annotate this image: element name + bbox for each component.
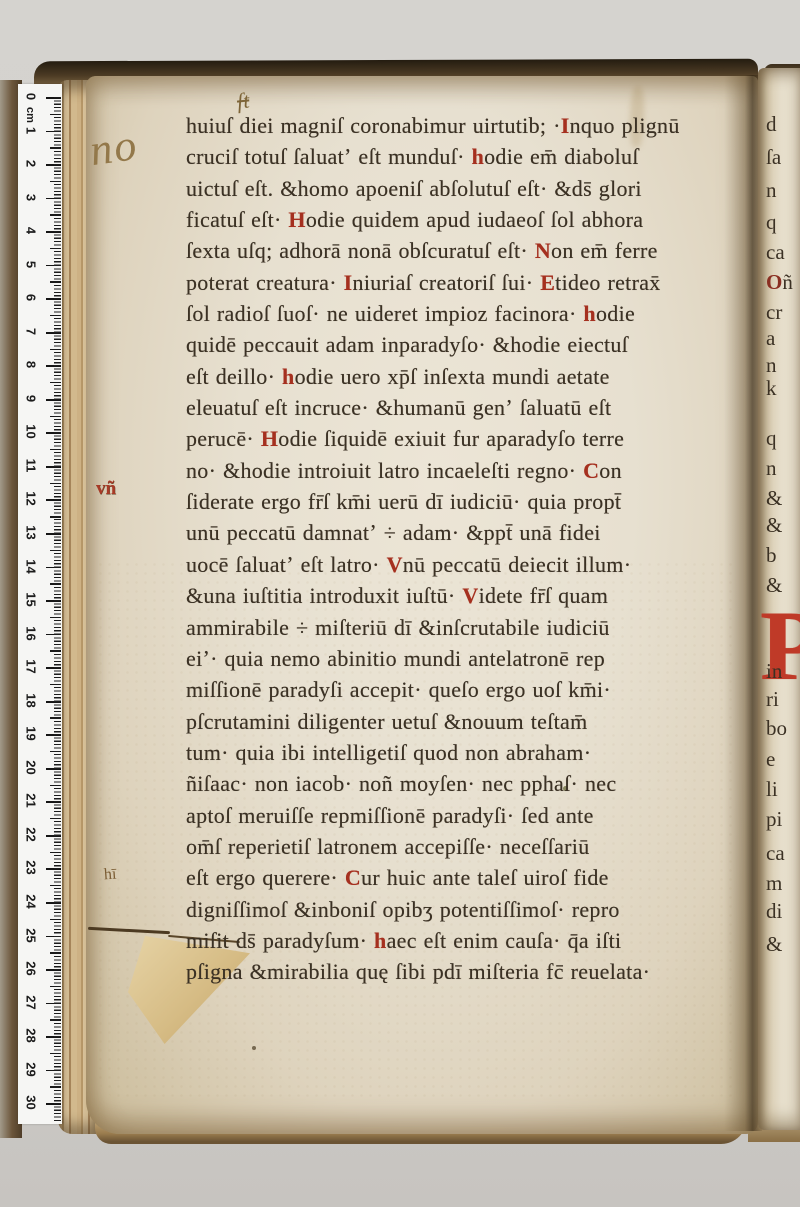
rubricated-initial: I — [561, 113, 570, 138]
facing-page-text-fragment: n — [766, 353, 777, 378]
manuscript-line: unū peccatū damnatʼ ÷ adam· &ppt̄ unā fi… — [186, 517, 748, 548]
ruler-half-tick — [50, 315, 61, 316]
facing-page-text-fragment: pi — [766, 807, 782, 832]
rubricated-initial: H — [261, 426, 278, 451]
rubricated-initial: C — [583, 458, 599, 483]
facing-page-text-fragment: d — [766, 112, 777, 137]
rubricated-initial: O — [766, 270, 782, 294]
ruler-half-tick — [50, 248, 61, 249]
manuscript-line: miſit ds̄ paradyſum· haec eſt enim cauſa… — [186, 925, 748, 956]
ruler-number: 14 — [24, 555, 39, 577]
ruler-half-tick — [50, 818, 61, 819]
ruler-number: 24 — [24, 890, 39, 912]
manuscript-line: eſt ergo querere· Cur huic ante taleſ ui… — [186, 862, 748, 893]
marginal-note-crossed-out: ſt — [236, 87, 251, 114]
ruler-half-tick — [50, 516, 61, 517]
ruler-number: 16 — [24, 622, 39, 644]
ruler-half-tick — [50, 852, 61, 853]
rubricated-initial: H — [288, 207, 305, 232]
facing-page-text-fragment: in — [766, 659, 782, 684]
ruler-number: 9 — [24, 387, 39, 409]
rubricated-initial: h — [583, 301, 596, 326]
manuscript-line: ficatuſ eſt· Hodie quidem apud iudaeoſ ſ… — [186, 204, 748, 235]
ruler-number: 5 — [24, 253, 39, 275]
ruler-half-tick — [50, 885, 61, 886]
ruler-number: 26 — [24, 958, 39, 980]
ruler-half-tick — [50, 147, 61, 148]
ruler-unit-label: cm — [24, 107, 36, 123]
marginal-note-brown: hī — [103, 866, 117, 885]
ruler-number: 29 — [24, 1058, 39, 1080]
manuscript-line: perucē· Hodie ſiquidē exiuit fur aparady… — [186, 423, 748, 454]
facing-page-text-fragment: n — [766, 178, 777, 203]
ruler-number: 13 — [24, 522, 39, 544]
ruler-half-tick — [50, 617, 61, 618]
ruler-half-tick — [50, 1053, 61, 1054]
facing-page-sliver: dſanqcaOñcrankqn&&b&Pinriboelipicamdi& — [758, 68, 800, 1130]
manuscript-line: ammirabile ÷ miſteriū dī &inſcrutabile i… — [186, 612, 748, 643]
manuscript-line: uocē ſaluatʼ eſt latro· Vnū peccatū deie… — [186, 549, 748, 580]
ruler-number: 7 — [24, 320, 39, 342]
manuscript-line: digniſſimoſ &inboniſ opibʒ potentiſſimoſ… — [186, 894, 748, 925]
ruler-half-tick — [50, 785, 61, 786]
ruler-number: 27 — [24, 991, 39, 1013]
ruler-half-tick — [50, 483, 61, 484]
ruler-half-tick — [50, 449, 61, 450]
ruler-number: 2 — [24, 153, 39, 175]
ruler-number: 8 — [24, 354, 39, 376]
facing-page-text-fragment: q — [766, 210, 777, 235]
ruler-number: 3 — [24, 186, 39, 208]
ruler-number: 6 — [24, 287, 39, 309]
marginal-note-top: no — [87, 119, 142, 176]
ruler-number: 19 — [24, 723, 39, 745]
manuscript-line: huiuſ diei magniſ coronabimur uirtutib; … — [186, 110, 748, 141]
manuscript-line: tum· quia ibi intelligetiſ quod non abra… — [186, 737, 748, 768]
ruler-number: 20 — [24, 756, 39, 778]
manuscript-line: poterat creatura· Iniuriaſ creatoriſ ſui… — [186, 267, 748, 298]
ruler-number: 25 — [24, 924, 39, 946]
ruler-number: 28 — [24, 1025, 39, 1047]
rubricated-initial: I — [344, 270, 353, 295]
manuscript-line: miſſionē paradyſi accepit· queſo ergo uo… — [186, 674, 748, 705]
ruler-half-tick — [50, 349, 61, 350]
facing-page-text-fragment: ca — [766, 240, 785, 265]
facing-page-text-fragment: n — [766, 456, 777, 481]
ruler-half-tick — [50, 650, 61, 651]
rubricated-initial: h — [472, 144, 485, 169]
manuscript-line: eleuatuſ eſt incruce· &humanū genʼ ſalua… — [186, 392, 748, 423]
parchment-speck — [252, 1046, 256, 1050]
ruler-half-tick — [50, 986, 61, 987]
ruler-number: 15 — [24, 589, 39, 611]
facing-page-text-fragment: di — [766, 899, 782, 924]
ruler-half-tick — [50, 583, 61, 584]
manuscript-line: cruciſ totuſ ſaluatʼ eſt munduſ· hodie e… — [186, 141, 748, 172]
manuscript-line: ſiderate ergo fr̄ſ km̄i uerū dī iudiciū·… — [186, 486, 748, 517]
manuscript-line: om̄ſ reperietiſ latronem accepiſſe· nece… — [186, 831, 748, 862]
ruler-half-tick — [50, 952, 61, 953]
ruler-half-tick — [50, 1019, 61, 1020]
facing-page-text-fragment: & — [766, 486, 782, 511]
facing-page-text-fragment: & — [766, 513, 782, 538]
facing-page-text-fragment: & — [766, 932, 782, 957]
ruler-half-tick — [50, 717, 61, 718]
ruler-half-tick — [50, 919, 61, 920]
rubricated-initial: V — [462, 583, 478, 608]
ruler-number: 11 — [24, 454, 39, 476]
facing-page-text-fragment: m — [766, 871, 782, 896]
rubricated-initial: h — [282, 364, 295, 389]
ruler-half-tick — [50, 281, 61, 282]
manuscript-line: eiʼ· quia nemo abinitio mundi antelatron… — [186, 643, 748, 674]
ruler-mm-ticks — [54, 1103, 61, 1121]
ruler-half-tick — [50, 181, 61, 182]
manuscript-line: eſt deillo· hodie uero xp̄ſ inſexta mund… — [186, 361, 748, 392]
facing-page-text-fragment: a — [766, 326, 775, 351]
ruler-half-tick — [50, 114, 61, 115]
rubricated-initial: N — [535, 238, 551, 263]
ruler-number: 23 — [24, 857, 39, 879]
facing-page-text-fragment: li — [766, 777, 778, 802]
ruler-half-tick — [50, 684, 61, 685]
facing-page-text-fragment: ca — [766, 841, 785, 866]
gutter-shadow — [724, 75, 762, 1131]
facing-page-text-fragment: q — [766, 426, 777, 451]
ruler-number: 12 — [24, 488, 39, 510]
ruler-number: 4 — [24, 220, 39, 242]
facing-page-text-fragment: ri — [766, 687, 779, 712]
rubricated-initial: E — [540, 270, 555, 295]
text-block: huiuſ diei magniſ coronabimur uirtutib; … — [186, 110, 748, 988]
ruler-half-tick — [50, 382, 61, 383]
rubricated-initial: V — [387, 552, 403, 577]
facing-page-text-fragment: bo — [766, 716, 787, 741]
manuscript-line: ñiſaac· non iacob· noñ moyſen· nec pphaſ… — [186, 768, 748, 799]
facing-page-text-fragment: Oñ — [766, 270, 793, 295]
manuscript-line: ſexta uſq; adhorā nonā obſcuratuſ eſt· N… — [186, 235, 748, 266]
facing-page-text-fragment: cr — [766, 300, 782, 325]
cm-ruler: 0123456789101112131415161718192021222324… — [18, 84, 62, 1124]
ruler-half-tick — [50, 214, 61, 215]
ruler-number: 21 — [24, 790, 39, 812]
manuscript-line: pſigna &mirabilia quę ſibi pdī miſteria … — [186, 956, 748, 987]
ruler-number: 10 — [24, 421, 39, 443]
facing-page-text-fragment: b — [766, 543, 777, 568]
facing-page-text-fragment: e — [766, 747, 775, 772]
ruler-number: 0 — [24, 86, 39, 108]
ruler-number: 18 — [24, 689, 39, 711]
manuscript-line: quidē peccauit adam inparadyſo· &hodie e… — [186, 329, 748, 360]
ruler-half-tick — [50, 550, 61, 551]
manuscript-line: uictuſ eſt. &homo apoeniſ abſolutuſ eſt·… — [186, 173, 748, 204]
manuscript-line: aptoſ meruiſſe repmiſſionē paradyſi· ſed… — [186, 800, 748, 831]
manuscript-photo: huiuſ diei magniſ coronabimur uirtutib; … — [0, 0, 800, 1207]
ruler-half-tick — [50, 1086, 61, 1087]
ruler-number: 30 — [24, 1092, 39, 1114]
rubricated-initial: C — [345, 865, 361, 890]
manuscript-line: ſol radioſ ſuoſ· ne uideret impioz facin… — [186, 298, 748, 329]
ruler-half-tick — [50, 751, 61, 752]
ruler-half-tick — [50, 416, 61, 417]
ruler-number: 22 — [24, 823, 39, 845]
manuscript-line: no· &hodie introiuit latro incaeleſti re… — [186, 455, 748, 486]
facing-page-text-fragment: ſa — [766, 145, 781, 170]
facing-page-text-fragment: k — [766, 376, 777, 401]
manuscript-line: pſcrutamini diligenter uetuſ &nouum teſt… — [186, 706, 748, 737]
manuscript-line: &una iuſtitia introduxit iuſtū· Videte f… — [186, 580, 748, 611]
marginal-note-red: vñ — [96, 478, 116, 500]
rubricated-initial: h — [374, 928, 387, 953]
ruler-number: 17 — [24, 656, 39, 678]
